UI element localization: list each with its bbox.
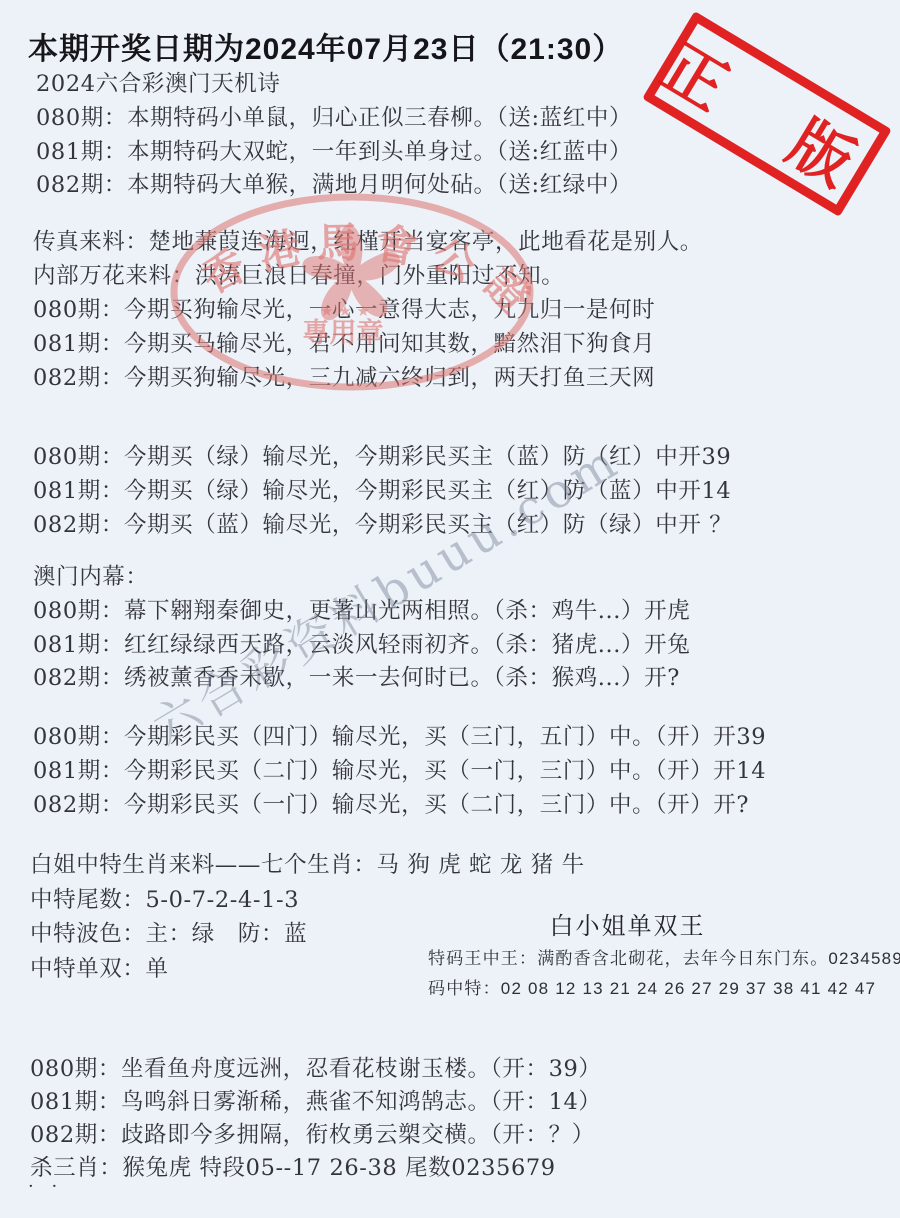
color-buy-line-082: 082期：今期买（蓝）输尽光，今期彩民买主（红）防（绿）中开 ？ xyxy=(33,509,732,543)
macau-line-080: 080期：幕下翱翔秦御史，更著山光两相照。（杀：鸡牛...）开虎 xyxy=(33,595,690,629)
macau-line-081: 081期：红红绿绿西天路，云淡风轻雨初齐。（杀：猪虎...）开兔 xyxy=(33,629,690,663)
fax-section: 传真来料：楚地蒹葭连海迥，红槿开当宴客亭，此地看花是别人。 内部万花来料：洪涛巨… xyxy=(33,225,703,395)
doors-line-082: 082期：今期彩民买（一门）输尽光，买（二门，三门）中。（开）开? xyxy=(33,789,766,823)
kill-three-zodiac-line: 杀三肖：猴兔虎 特段05--17 26-38 尾数0235679 xyxy=(30,1152,602,1185)
macau-insider-section: 澳门内幕： 080期：幕下翱翔秦御史，更著山光两相照。（杀：鸡牛...）开虎 0… xyxy=(33,561,690,696)
doors-line-080: 080期：今期彩民买（四门）输尽光，买（三门，五门）中。（开）开39 xyxy=(33,721,766,755)
baixiaojie-title: 白小姐单双王 xyxy=(520,906,735,941)
footer-marks: · · xyxy=(28,1176,63,1197)
tianji-line-082: 082期：本期特码大单猴，满地月明何处砧。（送:红绿中） xyxy=(36,169,632,203)
bottom-line-080: 080期：坐看鱼舟度远洲，忍看花枝谢玉楼。（开：39） xyxy=(30,1053,602,1086)
color-buy-line-081: 081期：今期买（绿）输尽光，今期彩民买主（红）防（蓝）中开14 xyxy=(33,475,732,509)
bottom-poems-section: 080期：坐看鱼舟度远洲，忍看花枝谢玉楼。（开：39） 081期：鸟鸣斜日雾渐稀… xyxy=(30,1053,602,1185)
fax-line-081: 081期：今期买马输尽光，君不用问知其数，黯然泪下狗食月 xyxy=(33,327,703,361)
color-buy-line-080: 080期：今期买（绿）输尽光，今期彩民买主（蓝）防（红）中开39 xyxy=(33,441,732,475)
macau-line-082: 082期：绣被薰香香未歇，一来一去何时已。（杀：猴鸡...）开? xyxy=(33,662,690,696)
baijie-tail-line: 中特尾数：5-0-7-2-4-1-3 xyxy=(30,883,585,918)
tianji-line-081: 081期：本期特码大双蛇，一年到头单身过。（送:红蓝中） xyxy=(36,136,632,170)
fax-line-082: 082期：今期买狗输尽光，三九减六终归到，两天打鱼三天网 xyxy=(33,361,703,395)
authentic-stamp: 正 版 xyxy=(642,11,892,217)
tianji-line-080: 080期：本期特码小单鼠，归心正似三春柳。（送:蓝红中） xyxy=(36,102,632,136)
fax-line-2: 内部万花来料：洪涛巨浪日春撞，门外重阳过不知。 xyxy=(33,259,703,293)
macau-heading: 澳门内幕： xyxy=(33,561,690,595)
color-buy-section: 080期：今期买（绿）输尽光，今期彩民买主（蓝）防（红）中开39 081期：今期… xyxy=(33,441,732,542)
bottom-line-081: 081期：鸟鸣斜日雾渐稀，燕雀不知鸿鹄志。（开：14） xyxy=(30,1086,602,1119)
baixiaojie-king-line: 特码王中王：满酌香含北砌花，去年今日东门东。0234589 xyxy=(428,944,900,974)
fax-line-1: 传真来料：楚地蒹葭连海迥，红槿开当宴客亭，此地看花是别人。 xyxy=(33,225,703,259)
tianji-section: 2024六合彩澳门天机诗 080期：本期特码小单鼠，归心正似三春柳。（送:蓝红中… xyxy=(36,68,632,203)
tianji-heading: 2024六合彩澳门天机诗 xyxy=(36,68,632,102)
fax-line-080: 080期：今期买狗输尽光，一心一意得大志，九九归一是何时 xyxy=(33,293,703,327)
baijie-zodiac-line: 白姐中特生肖来料——七个生肖：马 狗 虎 蛇 龙 猪 牛 xyxy=(30,848,585,883)
bottom-line-082: 082期：歧路即今多拥隔，衔枚勇云槊交横。（开：？） xyxy=(30,1119,602,1152)
baixiaojie-code-line: 码中特：02 08 12 13 21 24 26 27 29 37 38 41 … xyxy=(428,974,876,1004)
doors-section: 080期：今期彩民买（四门）输尽光，买（三门，五门）中。（开）开39 081期：… xyxy=(33,721,766,822)
page-title: 本期开奖日期为2024年07月23日（21:30） xyxy=(28,24,623,68)
doors-line-081: 081期：今期彩民买（二门）输尽光，买（一门，三门）中。（开）开14 xyxy=(33,755,766,789)
